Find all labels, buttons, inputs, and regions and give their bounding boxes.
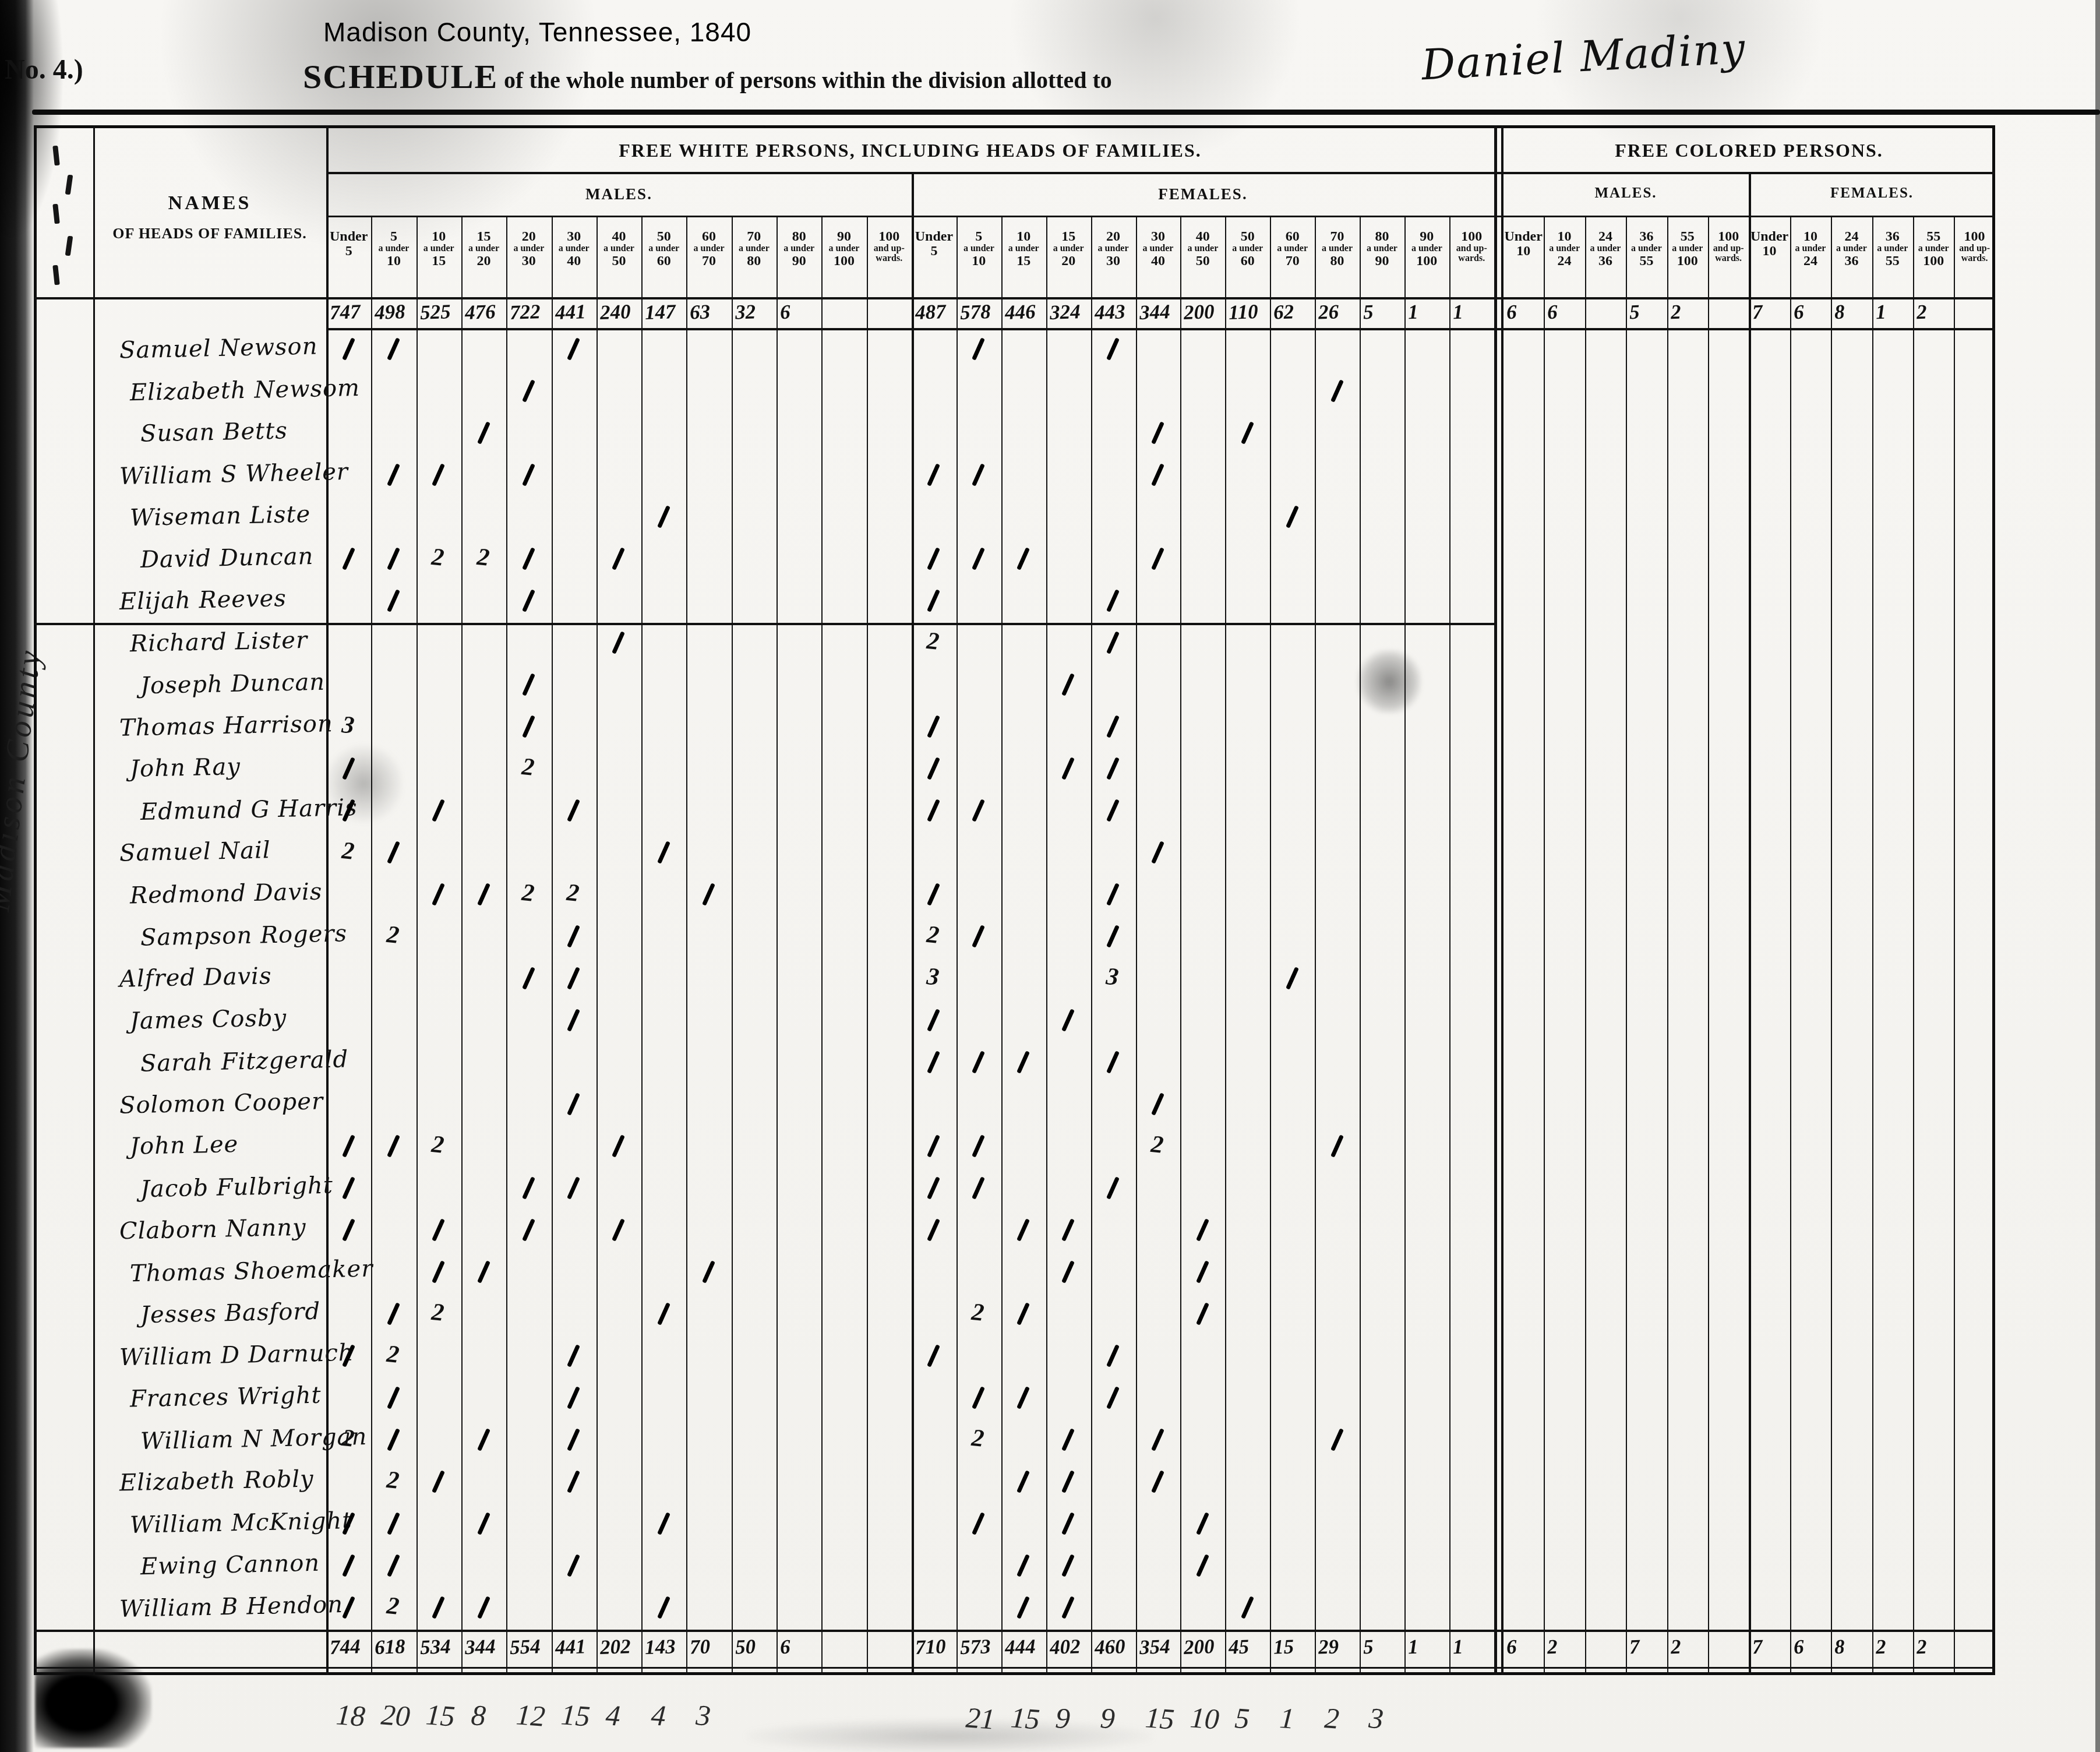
age-col-fcf-3: 36a under55: [1872, 230, 1913, 269]
row-name-12: Samuel Nail: [119, 837, 271, 866]
pencil-total-female-9: 3: [1368, 1701, 1385, 1736]
age-header-text: 100: [1954, 230, 1995, 244]
schedule-title: SCHEDULE of the whole number of persons …: [303, 57, 1112, 96]
age-header-text: a under: [417, 244, 461, 254]
schedule-word: SCHEDULE: [303, 58, 498, 96]
top-total-fwf-5: 344: [1139, 300, 1170, 325]
age-col-fwf-9: 70a under80: [1315, 230, 1360, 269]
assistant-name-handwritten: Daniel Madiny: [1420, 23, 1747, 89]
bottom-total-fwm-6: 202: [599, 1635, 631, 1659]
age-col-fwm-6: 40a under50: [597, 230, 641, 269]
row-name-26: William N Morgan: [140, 1423, 368, 1455]
column-line: [957, 216, 958, 1675]
bottom-total-fwm-5: 441: [555, 1635, 586, 1659]
age-header-text: 10: [1749, 244, 1790, 259]
row-name-8: Joseph Duncan: [140, 669, 326, 700]
row-name-1: Elizabeth Newsom: [130, 375, 361, 406]
column-line: [1449, 216, 1450, 1675]
age-col-fcm-3: 36a under55: [1626, 230, 1667, 269]
age-col-fwf-10: 80a under90: [1360, 230, 1404, 269]
age-header-text: 10: [1001, 230, 1046, 244]
column-line: [1136, 216, 1137, 1675]
age-header-text: 70: [1315, 230, 1360, 244]
age-header-text: 70: [732, 230, 777, 244]
age-header-text: 30: [506, 254, 551, 269]
column-line: [1708, 216, 1709, 1675]
column-line: [506, 216, 507, 1675]
strip-column-line: [93, 125, 95, 1675]
age-header-text: 60: [1270, 230, 1315, 244]
age-col-fcf-4: 55a under100: [1913, 230, 1954, 269]
bottom-total-fwf-1: 573: [959, 1635, 991, 1659]
column-line: [597, 216, 598, 1675]
pencil-total-female-6: 5: [1234, 1701, 1251, 1736]
age-col-fwf-4: 20a under30: [1091, 230, 1136, 269]
age-col-fwf-2: 10a under15: [1001, 230, 1046, 269]
age-header-text: 50: [641, 230, 686, 244]
age-header-text: a under: [1544, 244, 1584, 254]
age-header-text: a under: [1091, 244, 1136, 254]
age-header-text: 80: [1315, 254, 1360, 269]
column-line: [641, 216, 643, 1675]
bottom-total-fwf-0: 710: [915, 1635, 946, 1659]
bottom-total-fwf-12: 1: [1452, 1635, 1463, 1659]
age-header-text: a under: [1585, 244, 1626, 254]
age-header-text: 55: [1626, 254, 1667, 269]
pencil-total-male-5: 15: [560, 1697, 591, 1733]
age-col-fwm-8: 60a under70: [686, 230, 731, 269]
bottom-total-fwf-6: 200: [1184, 1635, 1215, 1659]
age-header-text: 36: [1872, 230, 1913, 244]
age-header-text: 40: [597, 230, 641, 244]
bottom-total-fwm-3: 344: [464, 1635, 496, 1659]
top-total-fwm-10: 6: [779, 301, 790, 325]
top-total-fwm-4: 722: [510, 300, 541, 325]
pencil-total-female-2: 9: [1054, 1701, 1071, 1736]
age-header-text: 10: [1503, 244, 1544, 259]
age-header-text: 10: [1790, 230, 1831, 244]
top-total-fwm-0: 747: [329, 300, 361, 325]
bottom-total-fcm-1: 2: [1547, 1635, 1558, 1659]
age-header-text: a under: [777, 244, 821, 254]
group-fw-females-label: FEMALES.: [912, 185, 1494, 203]
age-header-text: wards.: [1449, 254, 1494, 264]
row-name-20: Jacob Fulbright: [140, 1172, 334, 1203]
column-line: [1831, 216, 1832, 1675]
column-line: [1626, 216, 1627, 1675]
age-header-text: 36: [1585, 254, 1626, 269]
column-line: [1360, 216, 1361, 1675]
age-header-text: Under: [912, 230, 957, 244]
age-header-text: 5: [326, 244, 371, 259]
age-header-text: 15: [417, 254, 461, 269]
age-header-text: 20: [461, 254, 506, 269]
tally-mark-fwm-0: 2: [340, 837, 355, 866]
row-name-27: Elizabeth Robly: [119, 1466, 315, 1497]
age-header-text: 15: [1001, 254, 1046, 269]
age-header-text: 55: [1667, 230, 1708, 244]
scan-edge-right: [2095, 0, 2100, 1752]
age-header-text: wards.: [1708, 254, 1749, 264]
age-col-fwm-2: 10a under15: [417, 230, 461, 269]
schedule-rest: of the whole number of persons within th…: [498, 67, 1112, 93]
row-name-28: William McKnight: [130, 1507, 352, 1539]
age-header-text: a under: [1404, 244, 1449, 254]
age-header-text: 30: [552, 230, 597, 244]
age-header-text: 90: [1360, 254, 1404, 269]
names-header-line2: OF HEADS OF FAMILIES.: [93, 225, 326, 242]
names-header-line1: NAMES: [93, 192, 326, 214]
row-name-17: Sarah Fitzgerald: [140, 1046, 349, 1077]
age-header-text: 100: [1449, 230, 1494, 244]
age-header-text: 100: [821, 254, 866, 269]
pencil-total-female-3: 9: [1099, 1701, 1116, 1736]
age-header-text: 5: [371, 230, 416, 244]
top-total-fwf-8: 62: [1273, 300, 1294, 324]
tally-mark-fwm-3: 2: [475, 543, 490, 572]
age-col-fcf-2: 24a under36: [1831, 230, 1872, 269]
age-header-text: 24: [1585, 230, 1626, 244]
handdrawn-divider: [34, 623, 1494, 625]
age-header-text: a under: [1180, 244, 1225, 254]
row-name-14: Sampson Rogers: [140, 920, 348, 951]
age-header-text: a under: [371, 244, 416, 254]
age-col-fcf-5: 100and up-wards.: [1954, 230, 1995, 264]
top-total-fwm-8: 63: [690, 300, 711, 324]
males-females-divider: [912, 172, 914, 1675]
group-fw-males-label: MALES.: [326, 185, 912, 203]
section-underline: [326, 172, 1995, 174]
column-line: [1180, 216, 1181, 1675]
column-line: [732, 216, 733, 1675]
names-column-header: NAMES OF HEADS OF FAMILIES.: [93, 192, 326, 242]
age-header-text: 100: [1667, 254, 1708, 269]
age-header-text: wards.: [867, 254, 912, 264]
age-header-text: 60: [641, 254, 686, 269]
row-name-13: Redmond Davis: [130, 879, 323, 910]
top-total-fwf-12: 1: [1452, 301, 1463, 325]
age-header-text: a under: [1626, 244, 1667, 254]
top-total-fwm-1: 498: [375, 300, 406, 325]
age-header-text: a under: [1315, 244, 1360, 254]
age-header-text: 10: [371, 254, 416, 269]
bottom-total-fcm-3: 7: [1629, 1635, 1640, 1659]
column-line: [1667, 216, 1668, 1675]
column-line: [1404, 216, 1406, 1675]
column-line: [1046, 216, 1047, 1675]
bottom-total-fcf-4: 2: [1916, 1635, 1927, 1659]
top-total-fwm-6: 240: [599, 300, 631, 325]
top-total-fwm-9: 32: [735, 300, 756, 324]
column-line: [686, 216, 687, 1675]
age-header-text: 60: [1225, 254, 1270, 269]
age-header-text: 100: [1404, 254, 1449, 269]
stain-smudge: [746, 1719, 1153, 1752]
age-col-fwm-11: 90a under100: [821, 230, 866, 269]
column-line: [371, 216, 372, 1675]
age-header-text: 30: [1136, 230, 1181, 244]
row-name-3: William S Wheeler: [119, 459, 349, 490]
column-line: [821, 216, 823, 1675]
row-name-9: Thomas Harrison: [119, 710, 334, 742]
age-col-fwm-5: 30a under40: [552, 230, 597, 269]
age-header-text: 40: [1136, 254, 1181, 269]
row-name-16: James Cosby: [130, 1004, 287, 1035]
age-col-fcm-5: 100and up-wards.: [1708, 230, 1749, 264]
section-divider-left: [1494, 125, 1497, 1675]
age-header-text: a under: [597, 244, 641, 254]
age-col-fcm-2: 24a under36: [1585, 230, 1626, 269]
column-line: [867, 216, 868, 1675]
age-header-text: 24: [1790, 254, 1831, 269]
row-name-30: William B Hendon: [119, 1591, 344, 1623]
bottom-total-fwf-9: 29: [1318, 1635, 1339, 1659]
age-header-text: a under: [1225, 244, 1270, 254]
top-total-fwf-4: 443: [1094, 300, 1125, 325]
age-header-text: 10: [1544, 230, 1584, 244]
top-total-fcf-2: 8: [1834, 301, 1845, 325]
top-total-fcf-1: 6: [1793, 301, 1804, 325]
age-col-fwf-1: 5a under10: [957, 230, 1001, 269]
row-name-19: John Lee: [130, 1131, 239, 1160]
age-header-text: and up-: [1954, 244, 1995, 254]
column-line: [461, 216, 463, 1675]
pencil-total-male-1: 20: [380, 1697, 411, 1733]
bottom-total-fcf-2: 8: [1834, 1635, 1845, 1659]
pencil-total-male-4: 12: [515, 1697, 546, 1733]
bottom-total-fwm-4: 554: [510, 1635, 541, 1659]
row-name-25: Frances Wright: [130, 1382, 322, 1413]
age-header-text: a under: [552, 244, 597, 254]
age-header-text: a under: [1360, 244, 1404, 254]
age-header-text: 100: [867, 230, 912, 244]
column-line: [417, 216, 418, 1675]
column-line: [552, 216, 553, 1675]
pencil-total-female-8: 2: [1323, 1701, 1340, 1736]
top-total-fwm-3: 476: [464, 300, 496, 325]
age-header-text: a under: [1136, 244, 1181, 254]
bottom-total-fwf-11: 1: [1407, 1635, 1418, 1659]
bottom-total-fwm-9: 50: [735, 1635, 756, 1659]
age-header-text: 50: [1180, 254, 1225, 269]
age-header-text: 30: [1091, 254, 1136, 269]
age-header-text: a under: [641, 244, 686, 254]
row-name-0: Samuel Newson: [119, 333, 318, 364]
bottom-total-fcm-4: 2: [1670, 1635, 1681, 1659]
top-total-fwf-9: 26: [1318, 300, 1339, 324]
census-page: Madison County, Tennessee, 1840 No. 4.) …: [0, 0, 2100, 1752]
top-total-fwf-3: 324: [1049, 300, 1081, 325]
age-header-text: 5: [957, 230, 1001, 244]
bottom-total-fcm-0: 6: [1506, 1635, 1517, 1659]
top-total-fcm-0: 6: [1506, 301, 1517, 325]
column-line: [777, 216, 778, 1675]
age-col-fwf-0: Under5: [912, 230, 957, 259]
age-col-fwf-3: 15a under20: [1046, 230, 1091, 269]
top-total-fcm-3: 5: [1629, 301, 1640, 325]
age-header-text: 100: [1913, 254, 1954, 269]
age-header-text: 20: [506, 230, 551, 244]
bottom-total-fcf-3: 2: [1875, 1635, 1886, 1659]
column-line: [1913, 216, 1914, 1675]
column-line: [1954, 216, 1955, 1675]
age-col-fwf-11: 90a under100: [1404, 230, 1449, 269]
age-header-text: a under: [506, 244, 551, 254]
age-header-text: 50: [1225, 230, 1270, 244]
age-header-text: 5: [912, 244, 957, 259]
column-line: [1001, 216, 1003, 1675]
top-total-fcf-0: 7: [1752, 301, 1763, 325]
top-total-fwf-0: 487: [915, 300, 946, 325]
age-col-fwf-5: 30a under40: [1136, 230, 1181, 269]
age-header-text: 20: [1046, 254, 1091, 269]
age-col-fwm-3: 15a under20: [461, 230, 506, 269]
top-total-fwf-1: 578: [959, 300, 991, 325]
age-header-text: 55: [1913, 230, 1954, 244]
group-fc-females-label: FEMALES.: [1749, 185, 1995, 202]
top-total-fwm-5: 441: [555, 300, 586, 325]
pencil-total-female-1: 15: [1010, 1700, 1041, 1736]
bottom-total-fwf-8: 15: [1273, 1635, 1294, 1659]
age-col-fwf-8: 60a under70: [1270, 230, 1315, 269]
age-header-text: 20: [1091, 230, 1136, 244]
pencil-total-male-0: 18: [335, 1697, 366, 1733]
top-total-fwf-6: 200: [1184, 300, 1215, 325]
age-header-text: 90: [1404, 230, 1449, 244]
column-line: [1091, 216, 1092, 1675]
age-col-fcm-4: 55a under100: [1667, 230, 1708, 269]
top-total-fwm-2: 525: [419, 300, 451, 325]
age-col-fwf-6: 40a under50: [1180, 230, 1225, 269]
column-line: [1315, 216, 1316, 1675]
age-col-fwm-7: 50a under60: [641, 230, 686, 269]
age-header-text: a under: [1667, 244, 1708, 254]
age-header-text: wards.: [1954, 254, 1995, 264]
row-name-18: Solomon Cooper: [119, 1088, 324, 1119]
age-col-fwf-7: 50a under60: [1225, 230, 1270, 269]
group-fc-males-label: MALES.: [1503, 185, 1749, 202]
bottom-total-fwm-0: 744: [329, 1635, 361, 1659]
top-total-fcf-3: 1: [1875, 301, 1886, 325]
row-name-7: Richard Lister: [130, 627, 308, 657]
bottom-total-fwf-10: 5: [1363, 1635, 1374, 1659]
age-header-text: and up-: [1449, 244, 1494, 254]
column-line: [1544, 216, 1545, 1675]
bottom-total-fwf-3: 402: [1049, 1635, 1081, 1659]
bottom-total-fcf-1: 6: [1793, 1635, 1804, 1659]
column-line: [1270, 216, 1271, 1675]
bottom-total-fwf-7: 45: [1229, 1635, 1250, 1659]
age-header-text: 15: [1046, 230, 1091, 244]
pencil-total-male-7: 4: [650, 1698, 667, 1733]
age-header-text: a under: [1270, 244, 1315, 254]
age-header-text: 24: [1544, 254, 1584, 269]
age-header-text: 80: [777, 230, 821, 244]
age-header-text: a under: [1831, 244, 1872, 254]
age-col-fwm-10: 80a under90: [777, 230, 821, 269]
age-header-text: 36: [1831, 254, 1872, 269]
row-name-24: William D Darnuch: [119, 1339, 354, 1371]
top-totals-line: [326, 328, 1995, 330]
age-header-text: 40: [552, 254, 597, 269]
bottom-total-fwm-10: 6: [779, 1635, 790, 1659]
row-name-29: Ewing Cannon: [140, 1550, 320, 1580]
age-header-text: a under: [957, 244, 1001, 254]
age-header-text: a under: [732, 244, 777, 254]
section-divider-right: [1501, 125, 1503, 1675]
bottom-total-fwf-5: 354: [1139, 1635, 1170, 1659]
row-name-5: David Duncan: [140, 543, 314, 573]
section-free-colored-label: FREE COLORED PERSONS.: [1503, 140, 1995, 161]
row-name-2: Susan Betts: [140, 417, 288, 447]
bottom-total-fwm-1: 618: [375, 1635, 406, 1659]
age-col-fwm-12: 100and up-wards.: [867, 230, 912, 264]
age-header-text: 90: [777, 254, 821, 269]
pencil-total-male-2: 15: [425, 1697, 456, 1733]
row-name-22: Thomas Shoemaker: [130, 1256, 373, 1288]
age-header-text: 100: [1708, 230, 1749, 244]
pencil-total-female-0: 21: [965, 1700, 996, 1736]
tally-mark-fwm-0: 2: [340, 1424, 355, 1453]
age-header-text: and up-: [1708, 244, 1749, 254]
pencil-total-male-6: 4: [605, 1698, 622, 1733]
age-header-text: a under: [1872, 244, 1913, 254]
age-header-text: a under: [1913, 244, 1954, 254]
age-col-fwf-12: 100and up-wards.: [1449, 230, 1494, 264]
age-col-fcm-0: Under10: [1503, 230, 1544, 259]
age-col-fwm-9: 70a under80: [732, 230, 777, 269]
age-header-text: a under: [1046, 244, 1091, 254]
column-line: [1225, 216, 1226, 1675]
group-underline: [326, 216, 1995, 217]
age-header-text: 24: [1831, 230, 1872, 244]
row-name-11: Edmund G Harris: [140, 794, 358, 826]
age-col-fwm-4: 20a under30: [506, 230, 551, 269]
column-line: [1872, 216, 1873, 1675]
top-total-fcf-4: 2: [1916, 301, 1927, 325]
age-header-text: a under: [686, 244, 731, 254]
pencil-total-female-7: 1: [1279, 1701, 1296, 1736]
age-col-fwm-0: Under5: [326, 230, 371, 259]
age-header-text: and up-: [867, 244, 912, 254]
age-header-text: 70: [1270, 254, 1315, 269]
pencil-total-female-5: 10: [1189, 1700, 1220, 1736]
row-name-15: Alfred Davis: [119, 963, 272, 992]
age-header-text: 40: [1180, 230, 1225, 244]
overlay-title: Madison County, Tennessee, 1840: [323, 16, 751, 48]
age-header-text: 55: [1872, 254, 1913, 269]
form-number: No. 4.): [5, 54, 83, 86]
age-header-text: Under: [1749, 230, 1790, 244]
age-col-fwm-1: 5a under10: [371, 230, 416, 269]
age-header-text: a under: [821, 244, 866, 254]
age-header-text: 36: [1626, 230, 1667, 244]
column-line: [1585, 216, 1586, 1675]
top-total-fcm-4: 2: [1670, 301, 1681, 325]
age-col-fcm-1: 10a under24: [1544, 230, 1584, 269]
bottom-total-fwm-7: 143: [644, 1635, 676, 1659]
top-total-fwf-10: 5: [1363, 301, 1374, 325]
age-col-fcf-0: Under10: [1749, 230, 1790, 259]
age-header-text: 10: [957, 254, 1001, 269]
top-total-fcm-1: 6: [1547, 301, 1558, 325]
age-header-text: a under: [461, 244, 506, 254]
bottom-total-fwm-2: 534: [419, 1635, 451, 1659]
age-header-text: a under: [1790, 244, 1831, 254]
pencil-total-female-4: 15: [1144, 1700, 1176, 1736]
age-header-text: 10: [417, 230, 461, 244]
age-header-text: 80: [732, 254, 777, 269]
